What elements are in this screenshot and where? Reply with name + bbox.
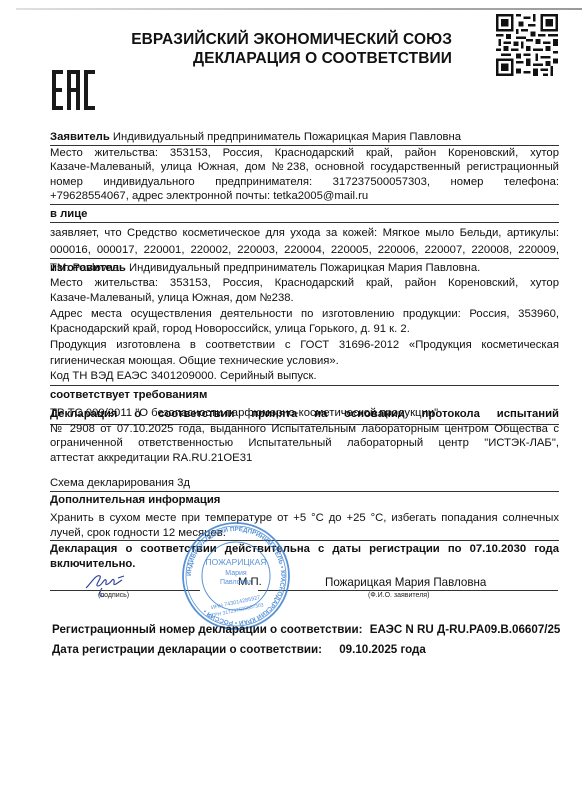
stamp-center-text: Павловна [220, 579, 252, 586]
applicant-line: Место жительства: 353153, Россия, Красно… [50, 146, 559, 161]
basis-lead: Декларация о соответствии принята на осн… [50, 407, 559, 422]
manufacturer-line: Казаче-Малеваный, улица Южная, дом №238. [50, 291, 559, 307]
applicant-section: Заявитель Индивидуальный предприниматель… [50, 130, 559, 275]
scan-edge-line [16, 8, 582, 10]
manufacturer-line: Адрес места осуществления деятельности п… [50, 307, 559, 323]
round-seal-stamp-icon: ИНДИВИДУАЛЬНЫЙ ПРЕДПРИНИМАТЕЛЬ • КРАСНОД… [180, 520, 292, 632]
registration-date-label: Дата регистрации декларации о соответств… [52, 643, 322, 656]
document-title: ЕВРАЗИЙСКИЙ ЭКОНОМИЧЕСКИЙ СОЮЗ ДЕКЛАРАЦИ… [0, 30, 452, 68]
qr-code-icon [496, 14, 558, 76]
product-line: 000016, 000017, 220001, 220002, 220003, … [50, 243, 559, 258]
basis-line: ограниченной ответственностью Испытатель… [50, 436, 559, 451]
signer-caption: (Ф.И.О. заявителя) [368, 592, 429, 599]
declaration-scheme: Схема декларирования 3д [50, 476, 559, 492]
additional-label: Дополнительная информация [50, 492, 559, 508]
registration-number-label: Регистрационный номер декларации о соотв… [52, 623, 363, 636]
title-declaration: ДЕКЛАРАЦИЯ О СООТВЕТСТВИИ [0, 49, 452, 68]
manufacturer-name: Индивидуальный предприниматель Пожарицка… [129, 262, 480, 274]
handwritten-signature-icon [82, 568, 130, 598]
registration-date-row: Дата регистрации декларации о соответств… [52, 643, 426, 656]
applicant-line: номер индивидуального предпринимателя: 3… [50, 175, 559, 190]
additional-line: Хранить в сухом месте при температуре от… [50, 511, 559, 526]
applicant-line: Казаче-Малеваный, улица Южная, дом №238,… [50, 160, 559, 175]
signer-name: Пожарицкая Мария Павловна [325, 576, 486, 589]
applicant-name: Индивидуальный предприниматель Пожарицка… [113, 131, 461, 143]
eac-logo-icon [52, 70, 96, 110]
applicant-header: Заявитель Индивидуальный предприниматель… [50, 130, 559, 146]
applicant-line: +79628554067, адрес электронной почты: t… [50, 189, 559, 204]
applicant-label: Заявитель [50, 131, 110, 143]
stamp-center-text: Мария [225, 570, 247, 577]
manufacturer-line: Краснодарский край, город Новороссийск, … [50, 322, 559, 338]
name-line [258, 590, 558, 591]
in-person-label: в лице [50, 205, 559, 223]
additional-line: лучей, срок годности 12 месяцев. [50, 526, 559, 542]
registration-date-value: 09.10.2025 года [339, 643, 426, 656]
registration-number-row: Регистрационный номер декларации о соотв… [52, 623, 560, 636]
requirements-label: соответствует требованиям [50, 386, 559, 403]
basis-line: № 2908 от 07.10.2025 года, выданного Исп… [50, 422, 559, 437]
manufacturer-line: гигиеническая моющая. Общие технические … [50, 354, 559, 370]
manufacturer-line: Продукция изготовлена в соответствии с Г… [50, 338, 559, 354]
manufacturer-line: Код ТН ВЭД ЕАЭС 3401209000. Серийный вып… [50, 369, 559, 386]
basis-line: аттестат аккредитации RA.RU.21OE31 [50, 451, 559, 466]
registration-number-value: ЕАЭС N RU Д-RU.PA09.B.06607/25 [370, 623, 561, 636]
stamp-center-text: ПОЖАРИЦКАЯ [206, 557, 267, 567]
basis-section: Декларация о соответствии принята на осн… [50, 407, 559, 465]
title-union: ЕВРАЗИЙСКИЙ ЭКОНОМИЧЕСКИЙ СОЮЗ [0, 30, 452, 49]
validity-line: Декларация о соответствии действительна … [50, 541, 559, 557]
manufacturer-section: изготовитель Индивидуальный предпринимат… [50, 258, 559, 425]
additional-section: Схема декларирования 3д Дополнительная и… [50, 476, 559, 572]
manufacturer-line: Место жительства: 353153, Россия, Красно… [50, 276, 559, 292]
manufacturer-label: изготовитель [50, 262, 126, 274]
product-line: заявляет, что Средство косметическое для… [50, 226, 559, 241]
applicant-details: Место жительства: 353153, Россия, Красно… [50, 146, 559, 205]
